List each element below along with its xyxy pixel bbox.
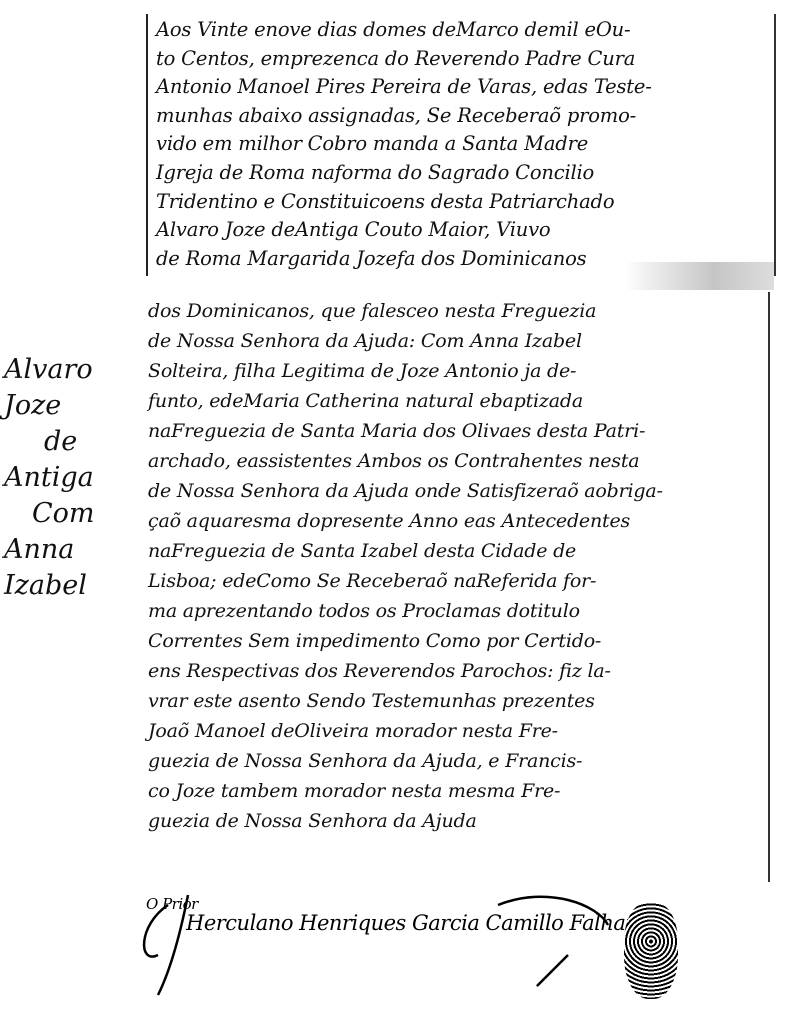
record-line: Lisboa; edeComo Se Receberaõ naReferida … [148,570,596,592]
record-line: to Centos, emprezenca do Reverendo Padre… [156,47,635,70]
record-line: munhas abaixo assignadas, Se Receberaõ p… [156,104,636,127]
record-line: guezia de Nossa Senhora da Ajuda [148,810,477,832]
record-line: Solteira, filha Legitima de Joze Antonio… [148,360,576,382]
record-line: archado, eassistentes Ambos os Contrahen… [148,450,639,472]
record-line: Alvaro Joze deAntiga Couto Maior, Viuvo [156,218,550,241]
record-line: ma aprezentando todos os Proclamas dotit… [148,600,580,622]
record-line: naFreguezia de Santa Izabel desta Cidade… [148,540,576,562]
record-line: Antonio Manoel Pires Pereira de Varas, e… [156,75,652,98]
record-line: de Nossa Senhora da Ajuda onde Satisfize… [148,480,663,502]
record-line: de Nossa Senhora da Ajuda: Com Anna Izab… [148,330,582,352]
record-line: funto, edeMaria Catherina natural ebapti… [148,390,583,412]
record-line: Correntes Sem impedimento Como por Certi… [148,630,601,652]
bottom-record-fragment: dos Dominicanos, que falesceo nesta Freg… [140,292,770,882]
signature-name: Herculano Henriques Garcia Camillo Falha… [186,911,660,935]
priest-signature: O Prior Herculano Henriques Garcia Camil… [128,895,748,1005]
scan-shadow [624,262,774,290]
record-line: ens Respectivas dos Reverendos Parochos:… [148,660,611,682]
record-line: co Joze tambem morador nesta mesma Fre- [148,780,560,802]
record-line: çaõ aquaresma dopresente Anno eas Antece… [148,510,630,532]
margin-line: Joze [4,388,134,424]
record-line: Aos Vinte enove dias domes deMarco demil… [156,18,630,41]
record-line: Joaõ Manoel deOliveira morador nesta Fre… [148,720,558,742]
record-line: vrar este asento Sendo Testemunhas preze… [148,690,595,712]
record-line: naFreguezia de Santa Maria dos Olivaes d… [148,420,645,442]
margin-line: Com [4,496,134,532]
margin-line: Anna [4,532,134,568]
margin-line: de [4,424,134,460]
signature-rubric-icon [624,903,678,999]
record-line: vido em milhor Cobro manda a Santa Madre [156,132,588,155]
margin-line: Alvaro [4,352,134,388]
record-line: guezia de Nossa Senhora da Ajuda, e Fran… [148,750,582,772]
record-line: Tridentino e Constituicoens desta Patria… [156,190,614,213]
margin-note: Alvaro Joze de Antiga Com Anna Izabel [4,352,134,604]
record-line: dos Dominicanos, que falesceo nesta Freg… [148,300,596,322]
top-record-fragment: Aos Vinte enove dias domes deMarco demil… [146,14,776,276]
record-line: de Roma Margarida Jozefa dos Dominicanos [156,247,586,270]
margin-line: Izabel [4,568,134,604]
record-line: Igreja de Roma naforma do Sagrado Concil… [156,161,594,184]
margin-line: Antiga [4,460,134,496]
